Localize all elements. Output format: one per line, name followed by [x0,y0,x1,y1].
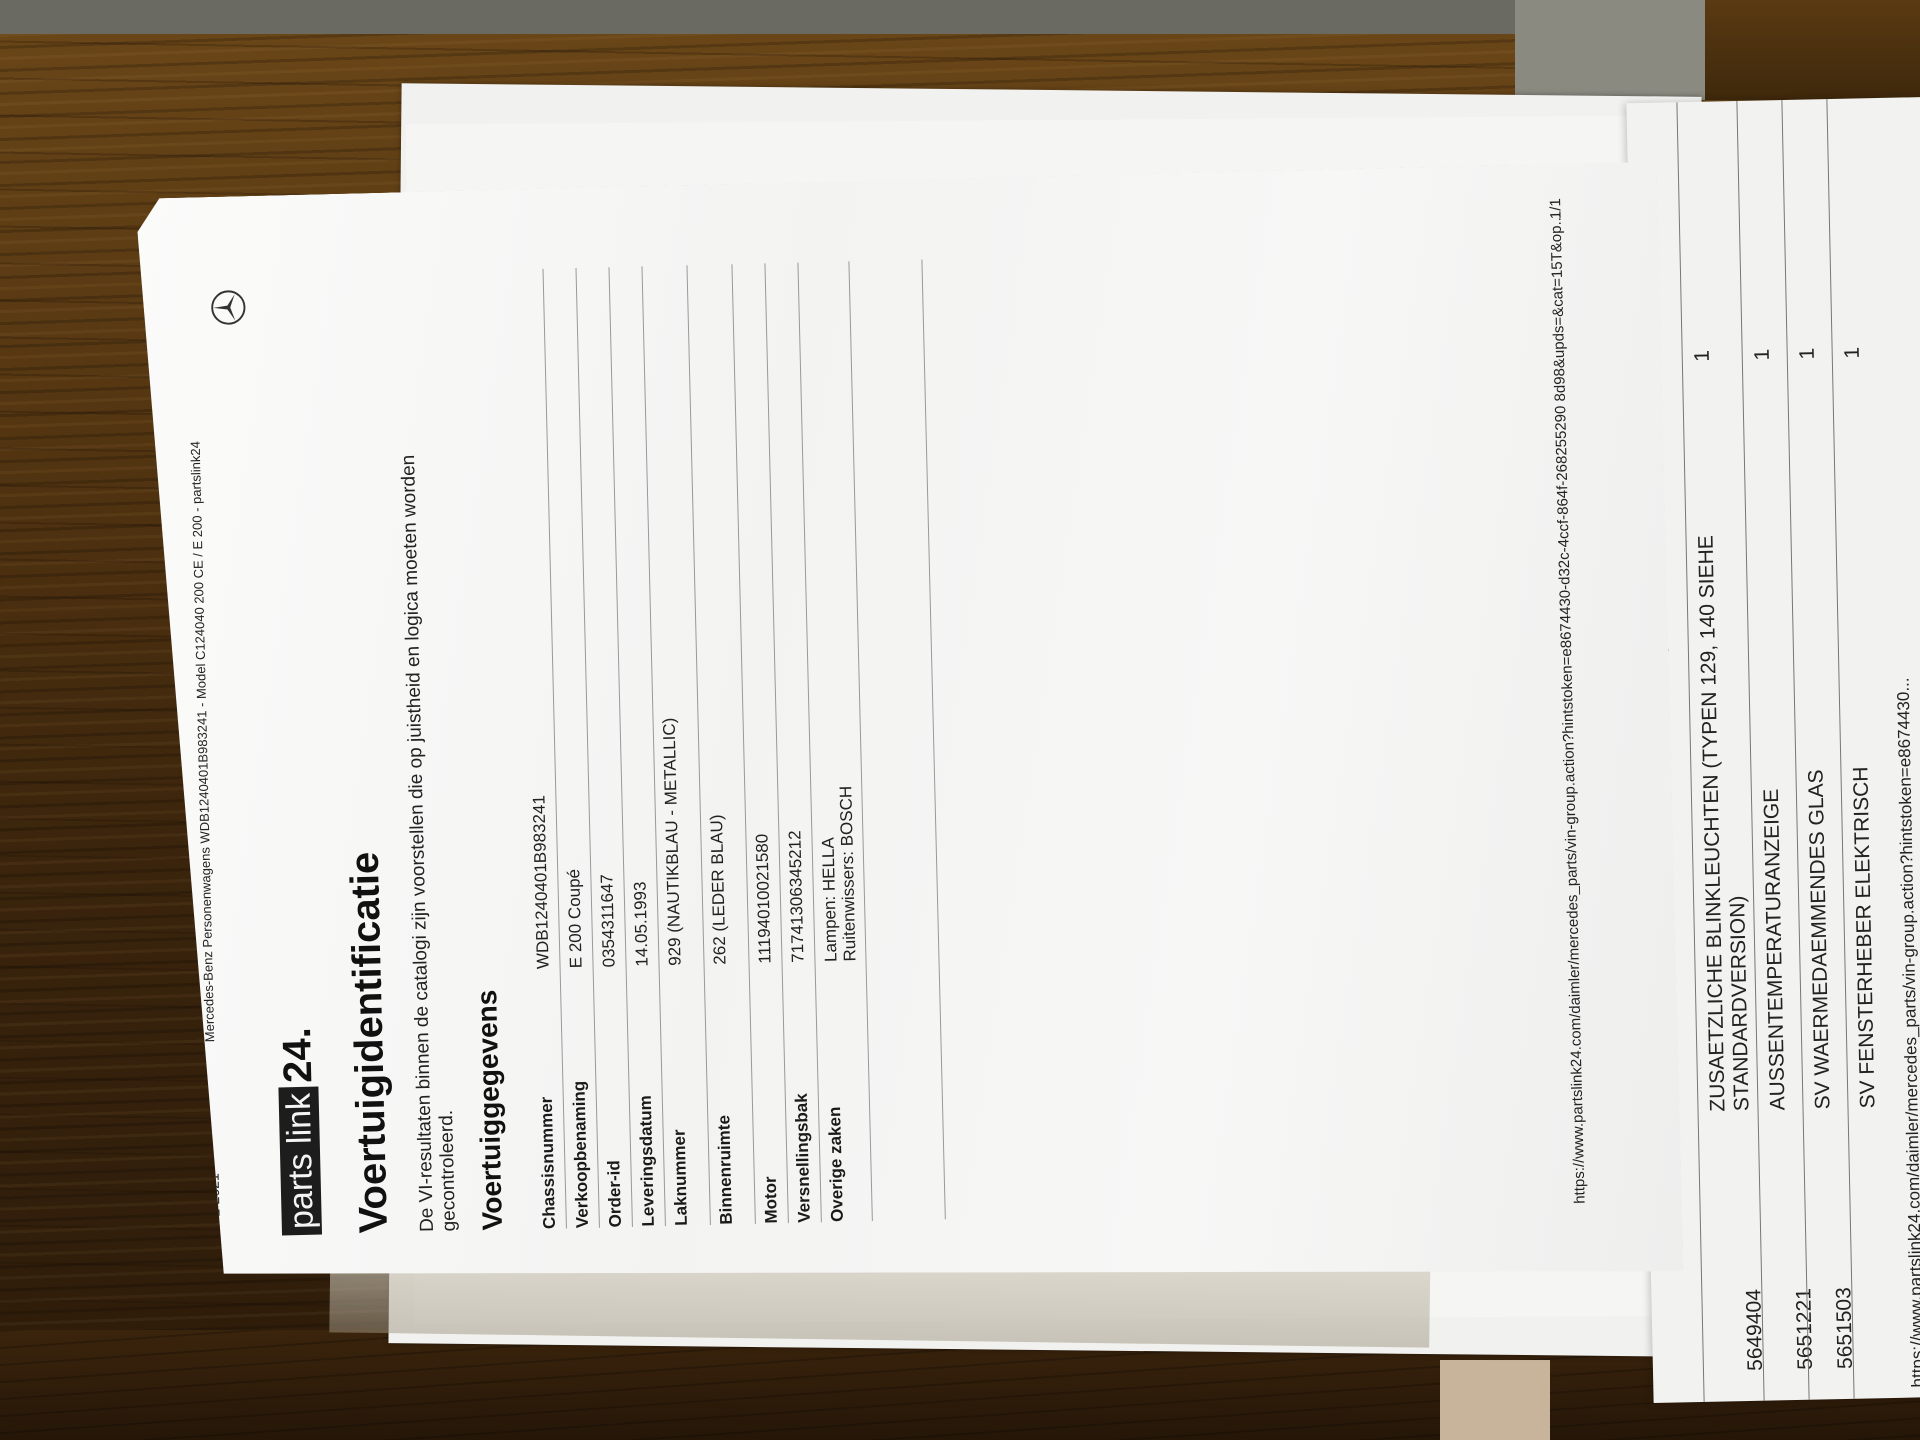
page-title: Voertuigidentificatie [343,851,397,1234]
mercedes-star-icon [209,288,248,327]
disclaimer-text: De VI-resultaten binnen de catalogi zijn… [396,391,461,1232]
print-date: 19-1-2021 [206,1173,224,1237]
partslink24-logo: parts link 24. [277,1027,322,1236]
page-number: 1/1 [1547,198,1565,219]
footer-url: https://www.partslink24.com/daimler/merc… [1547,213,1588,1204]
footer-url: https://www.partslink24.com/daimler/merc… [1894,677,1920,1387]
wood-plank-right [1705,0,1920,100]
table-gap-bottom [1440,1360,1550,1440]
vehicle-identification-page: 19-1-2021 Mercedes-Benz Personenwagens W… [137,162,1684,1309]
table-row: SV FENSTERHEBER ELEKTRISCH 1 [1826,99,1854,1399]
section-title: Voertuiggegevens [471,989,509,1230]
table-gap-right [1515,0,1705,100]
table-row: 5651503 SV WAERMEDAEMMENDES GLAS 1 [1781,100,1809,1400]
header-meta: Mercedes-Benz Personenwagens WDB1240401B… [188,441,218,1042]
vehicle-data-table: ChassisnummerWDB1240401B983241 Verkoopbe… [511,260,946,1230]
